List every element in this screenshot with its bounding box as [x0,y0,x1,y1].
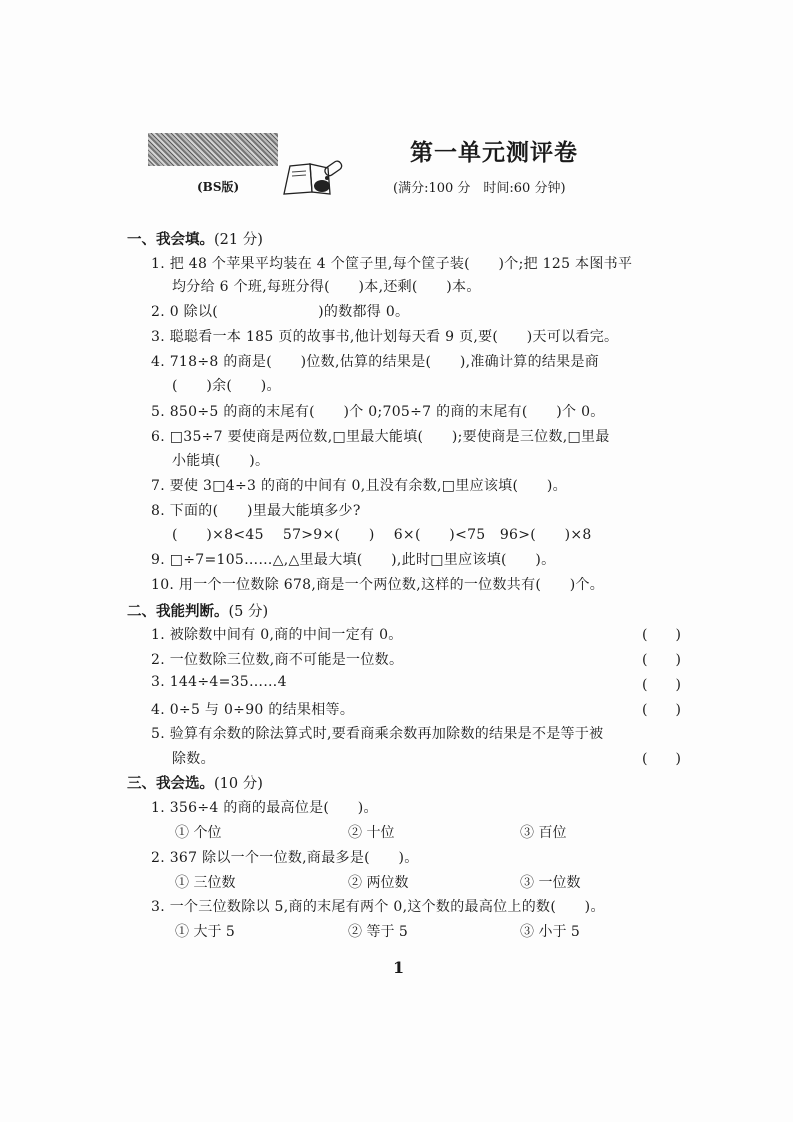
judge-answer-1: ( ) [642,624,681,644]
choice-question-3: 3. 一个三位数除以 5,商的末尾有两个 0,这个数的最高位上的数( )。 [151,896,605,916]
section-2-points: (5 分) [229,604,269,620]
fill-question-1: 1. 把 48 个苹果平均装在 4 个筐子里,每个筐子装( )个;把 125 本… [151,253,632,273]
judge-question-4: 4. 0÷5 与 0÷90 的结果相等。 [151,699,354,719]
judge-answer-4: ( ) [642,699,681,719]
section-3-title: 三、我会选。 [127,775,214,792]
judge-answer-5: ( ) [642,748,681,768]
fill-question-5: 5. 850÷5 的商的末尾有( )个 0;705÷7 的商的末尾有( )个 0… [151,401,605,421]
choice-2-option-1: ① 三位数 [175,872,235,892]
section-3-heading: 三、我会选。(10 分) [127,772,263,793]
fill-question-8-items: ( )×8<45 57>9×( ) 6×( )<75 96>( )×8 [172,524,592,544]
choice-3-option-3: ③ 小于 5 [520,921,580,941]
fill-question-3: 3. 聪聪看一本 185 页的故事书,他计划每天看 9 页,要( )天可以看完。 [151,326,618,346]
judge-question-3: 3. 144÷4=35……4 [151,674,287,690]
fill-question-9: 9. □÷7=105……△,△里最大填( ),此时□里应该填( )。 [151,549,555,569]
section-1-title: 一、我会填。 [127,231,214,248]
judge-question-5: 5. 验算有余数的除法算式时,要看商乘余数再加除数的结果是不是等于被 [151,723,603,743]
choice-1-option-1: ① 个位 [175,822,221,842]
judge-answer-2: ( ) [642,649,681,669]
fill-question-7: 7. 要使 3□4÷3 的商的中间有 0,且没有余数,□里应该填( )。 [151,475,567,495]
section-3-points: (10 分) [214,776,263,792]
edition-label: (BS版) [197,178,239,195]
page-number: 1 [393,958,404,977]
section-2-heading: 二、我能判断。(5 分) [127,600,268,621]
fill-question-4: 4. 718÷8 的商是( )位数,估算的结果是( ),准确计算的结果是商 [151,351,599,371]
fill-question-8: 8. 下面的( )里最大能填多少? [151,500,361,520]
book-telescope-icon [280,158,350,198]
fill-question-1-cont: 均分给 6 个班,每班分得( )本,还剩( )本。 [172,276,481,296]
page-title: 第一单元测评卷 [410,134,578,167]
fill-question-6: 6. □35÷7 要使商是两位数,□里最大能填( );要使商是三位数,□里最 [151,426,610,446]
exam-page: (BS版) 第一单元测评卷 (满分:100 分 时间:60 分钟) 一、我会填。… [0,0,793,1122]
exam-meta: (满分:100 分 时间:60 分钟) [393,177,566,196]
fill-question-10: 10. 用一个一位数除 678,商是一个两位数,这样的一位数共有( )个。 [151,574,604,594]
judge-answer-3: ( ) [642,674,681,694]
choice-question-2: 2. 367 除以一个一位数,商最多是( )。 [151,847,419,867]
choice-question-1: 1. 356÷4 的商的最高位是( )。 [151,797,378,817]
fill-question-4-cont: ( )余( )。 [172,375,281,395]
fill-question-2: 2. 0 除以( )的数都得 0。 [151,301,409,321]
choice-3-option-2: ② 等于 5 [348,921,408,941]
judge-question-2: 2. 一位数除三位数,商不可能是一位数。 [151,649,403,669]
choice-1-option-3: ③ 百位 [520,822,566,842]
judge-question-1: 1. 被除数中间有 0,商的中间一定有 0。 [151,624,403,644]
section-2-title: 二、我能判断。 [127,603,229,620]
choice-1-option-2: ② 十位 [348,822,394,842]
choice-2-option-3: ③ 一位数 [520,872,580,892]
section-1-heading: 一、我会填。(21 分) [127,228,263,249]
choice-3-option-1: ① 大于 5 [175,921,235,941]
header-banner-image [148,133,278,166]
section-1-points: (21 分) [214,232,263,248]
choice-2-option-2: ② 两位数 [348,872,408,892]
fill-question-6-cont: 小能填( )。 [172,450,269,470]
judge-question-5-cont: 除数。 [172,748,215,768]
